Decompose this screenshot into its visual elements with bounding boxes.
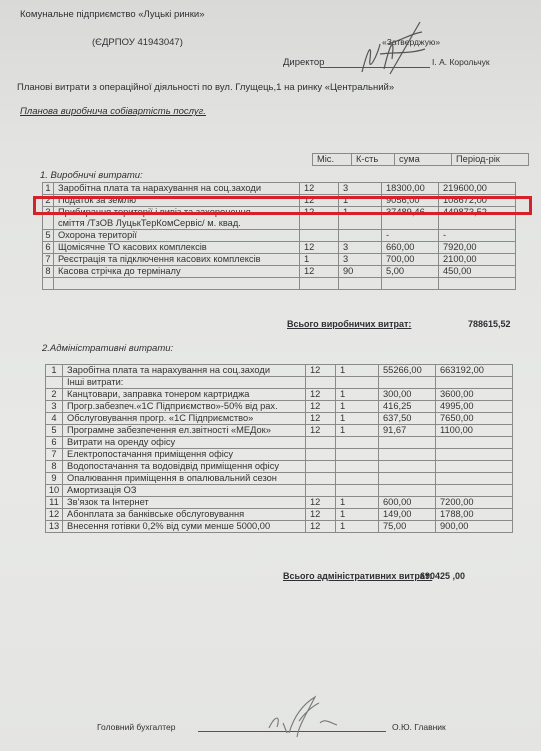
row-qty — [336, 377, 379, 389]
table-row: 7Реєстрація та підключення касових компл… — [43, 254, 516, 266]
director-name: І. А. Корольчук — [432, 57, 490, 67]
row-year: 7650,00 — [436, 413, 513, 425]
row-year — [436, 473, 513, 485]
row-qty — [336, 449, 379, 461]
row-number: 6 — [46, 437, 63, 449]
row-number: 3 — [46, 401, 63, 413]
row-sum: 700,00 — [382, 254, 439, 266]
section2-title: 2.Адміністративні витрати: — [42, 343, 173, 354]
section2-total-label: Всього адміністративних витрат: — [283, 571, 432, 581]
row-qty: 3 — [339, 242, 382, 254]
row-months — [306, 485, 336, 497]
highlight-box — [33, 196, 532, 215]
table-row: 5Програмне забезпечення ел.звітності «МЕ… — [46, 425, 513, 437]
table-row: 7Електропостачання приміщення офісу — [46, 449, 513, 461]
row-name: Опалювання приміщення в опалювальний сез… — [63, 473, 306, 485]
row-sum: 75,00 — [379, 521, 436, 533]
row-year: 900,00 — [436, 521, 513, 533]
row-number: 10 — [46, 485, 63, 497]
row-months — [306, 377, 336, 389]
table-row — [43, 278, 516, 290]
row-qty: 3 — [339, 183, 382, 195]
row-year: 3600,00 — [436, 389, 513, 401]
row-months — [306, 461, 336, 473]
row-name: Щомісячне ТО касових комплексів — [54, 242, 300, 254]
row-year: 7200,00 — [436, 497, 513, 509]
row-number — [46, 377, 63, 389]
row-number: 12 — [46, 509, 63, 521]
row-sum: 637,50 — [379, 413, 436, 425]
row-qty — [336, 473, 379, 485]
row-number: 1 — [46, 365, 63, 377]
row-name: Програмне забезпечення ел.звітності «МЕД… — [63, 425, 306, 437]
director-signature-icon — [350, 14, 430, 84]
row-year — [436, 377, 513, 389]
row-year: 2100,00 — [439, 254, 516, 266]
accountant-name: О.Ю. Главник — [392, 722, 446, 732]
row-number: 1 — [43, 183, 54, 195]
row-qty: 1 — [336, 509, 379, 521]
row-sum: 55266,00 — [379, 365, 436, 377]
accountant-signature-icon — [265, 693, 355, 743]
row-months: 12 — [300, 266, 339, 278]
row-name: Прогр.забезпеч.«1С Підприємство»-50% від… — [63, 401, 306, 413]
row-name: Абонплата за банківське обслуговування — [63, 509, 306, 521]
row-number: 7 — [46, 449, 63, 461]
row-months — [300, 278, 339, 290]
row-months: 12 — [306, 521, 336, 533]
edrpou-code: (ЄДРПОУ 41943047) — [92, 37, 183, 48]
row-year — [439, 278, 516, 290]
col-year: Період-рік — [452, 154, 529, 166]
row-sum: 5,00 — [382, 266, 439, 278]
row-qty: 1 — [336, 413, 379, 425]
table-row: 5Охорона території-- — [43, 230, 516, 242]
row-name: Інші витрати: — [63, 377, 306, 389]
row-qty — [336, 437, 379, 449]
row-year: 1788,00 — [436, 509, 513, 521]
col-qty: К-сть — [352, 154, 395, 166]
table-row: Інші витрати: — [46, 377, 513, 389]
row-sum: 300,00 — [379, 389, 436, 401]
row-number: 8 — [46, 461, 63, 473]
row-sum: 600,00 — [379, 497, 436, 509]
row-name: Канцтовари, заправка тонером картриджа — [63, 389, 306, 401]
row-year: 4995,00 — [436, 401, 513, 413]
row-sum: 91,67 — [379, 425, 436, 437]
row-year: 663192,00 — [436, 365, 513, 377]
row-year: 1100,00 — [436, 425, 513, 437]
table-row: 1Заробітна плата та нарахування на соц.з… — [46, 365, 513, 377]
row-sum: 416,25 — [379, 401, 436, 413]
table-row: 11Зв'язок та Інтернет121600,007200,00 — [46, 497, 513, 509]
row-year — [436, 461, 513, 473]
row-year — [436, 485, 513, 497]
table-row: 8Водопостачання та водовідвід приміщення… — [46, 461, 513, 473]
row-months: 1 — [300, 254, 339, 266]
row-qty — [336, 461, 379, 473]
row-name: Водопостачання та водовідвід приміщення … — [63, 461, 306, 473]
row-number: 6 — [43, 242, 54, 254]
row-name: Витрати на оренду офісу — [63, 437, 306, 449]
table-row: 2Канцтовари, заправка тонером картриджа1… — [46, 389, 513, 401]
section1-total-label: Всього виробничих витрат: — [287, 319, 411, 329]
director-label: Директор — [283, 57, 324, 68]
row-sum: 149,00 — [379, 509, 436, 521]
row-name: Заробітна плата та нарахування на соц.за… — [54, 183, 300, 195]
document-subtitle: Планова виробнича собівартість послуг. — [20, 106, 206, 117]
row-sum: - — [382, 230, 439, 242]
row-name: Обслуговування прогр. «1С Підприємство» — [63, 413, 306, 425]
row-number — [43, 278, 54, 290]
table-row: 13Внесення готівки 0,2% від суми менше 5… — [46, 521, 513, 533]
row-year: 450,00 — [439, 266, 516, 278]
row-months: 12 — [300, 183, 339, 195]
row-number: 8 — [43, 266, 54, 278]
row-name: Електропостачання приміщення офісу — [63, 449, 306, 461]
row-year: 7920,00 — [439, 242, 516, 254]
row-sum — [379, 437, 436, 449]
row-sum — [379, 449, 436, 461]
row-sum — [382, 278, 439, 290]
row-qty: 1 — [336, 521, 379, 533]
row-months: 12 — [306, 413, 336, 425]
organization-name: Комунальне підприємство «Луцькі ринки» — [20, 9, 205, 20]
section1-title: 1. Виробничі витрати: — [40, 170, 143, 181]
row-year: - — [439, 230, 516, 242]
row-months — [306, 449, 336, 461]
row-sum — [379, 461, 436, 473]
row-number: 13 — [46, 521, 63, 533]
table-row: 12Абонплата за банківське обслуговування… — [46, 509, 513, 521]
row-qty — [339, 278, 382, 290]
row-name: Внесення готівки 0,2% від суми менше 500… — [63, 521, 306, 533]
table-row: 6Витрати на оренду офісу — [46, 437, 513, 449]
row-year: 219600,00 — [439, 183, 516, 195]
table-row: 3Прогр.забезпеч.«1С Підприємство»-50% ві… — [46, 401, 513, 413]
row-sum — [379, 377, 436, 389]
table-row: 8Касова стрічка до терміналу12905,00450,… — [43, 266, 516, 278]
row-name: Амортизація ОЗ — [63, 485, 306, 497]
row-months: 12 — [306, 425, 336, 437]
row-qty: 1 — [336, 365, 379, 377]
row-sum: 18300,00 — [382, 183, 439, 195]
column-header-table: Міс. К-сть сума Період-рік — [312, 153, 529, 166]
row-qty: 1 — [336, 425, 379, 437]
section1-total-value: 788615,52 — [468, 319, 511, 329]
row-number: 4 — [46, 413, 63, 425]
row-qty — [336, 485, 379, 497]
row-sum — [379, 473, 436, 485]
document-title: Планові витрати з операційної діяльності… — [17, 82, 394, 93]
row-number: 5 — [46, 425, 63, 437]
row-months: 12 — [306, 497, 336, 509]
row-qty: 1 — [336, 389, 379, 401]
row-year — [436, 449, 513, 461]
row-name — [54, 278, 300, 290]
row-name: Реєстрація та підключення касових компле… — [54, 254, 300, 266]
section2-total-value: 690425 ,00 — [420, 571, 465, 581]
row-number: 11 — [46, 497, 63, 509]
row-months — [300, 230, 339, 242]
row-sum — [379, 485, 436, 497]
row-sum: 660,00 — [382, 242, 439, 254]
row-number: 7 — [43, 254, 54, 266]
table-row: 4Обслуговування прогр. «1С Підприємство»… — [46, 413, 513, 425]
row-qty: 1 — [336, 401, 379, 413]
administrative-costs-table: 1Заробітна плата та нарахування на соц.з… — [45, 364, 513, 533]
row-number: 9 — [46, 473, 63, 485]
table-row: 9Опалювання приміщення в опалювальний се… — [46, 473, 513, 485]
row-number: 2 — [46, 389, 63, 401]
row-name: Охорона території — [54, 230, 300, 242]
col-sum: сума — [395, 154, 452, 166]
row-months: 12 — [306, 401, 336, 413]
row-qty — [339, 230, 382, 242]
row-months: 12 — [306, 509, 336, 521]
row-year — [436, 437, 513, 449]
row-months: 12 — [300, 242, 339, 254]
row-months — [306, 473, 336, 485]
row-qty: 90 — [339, 266, 382, 278]
accountant-label: Головний бухгалтер — [97, 722, 175, 732]
table-row: 1Заробітна плата та нарахування на соц.з… — [43, 183, 516, 195]
row-name: Зв'язок та Інтернет — [63, 497, 306, 509]
table-row: 6Щомісячне ТО касових комплексів123660,0… — [43, 242, 516, 254]
table-row: 10Амортизація ОЗ — [46, 485, 513, 497]
row-name: Заробітна плата та нарахування на соц.за… — [63, 365, 306, 377]
row-qty: 3 — [339, 254, 382, 266]
row-months: 12 — [306, 365, 336, 377]
col-months: Міс. — [313, 154, 352, 166]
row-number: 5 — [43, 230, 54, 242]
row-qty: 1 — [336, 497, 379, 509]
row-months: 12 — [306, 389, 336, 401]
row-name: Касова стрічка до терміналу — [54, 266, 300, 278]
row-months — [306, 437, 336, 449]
